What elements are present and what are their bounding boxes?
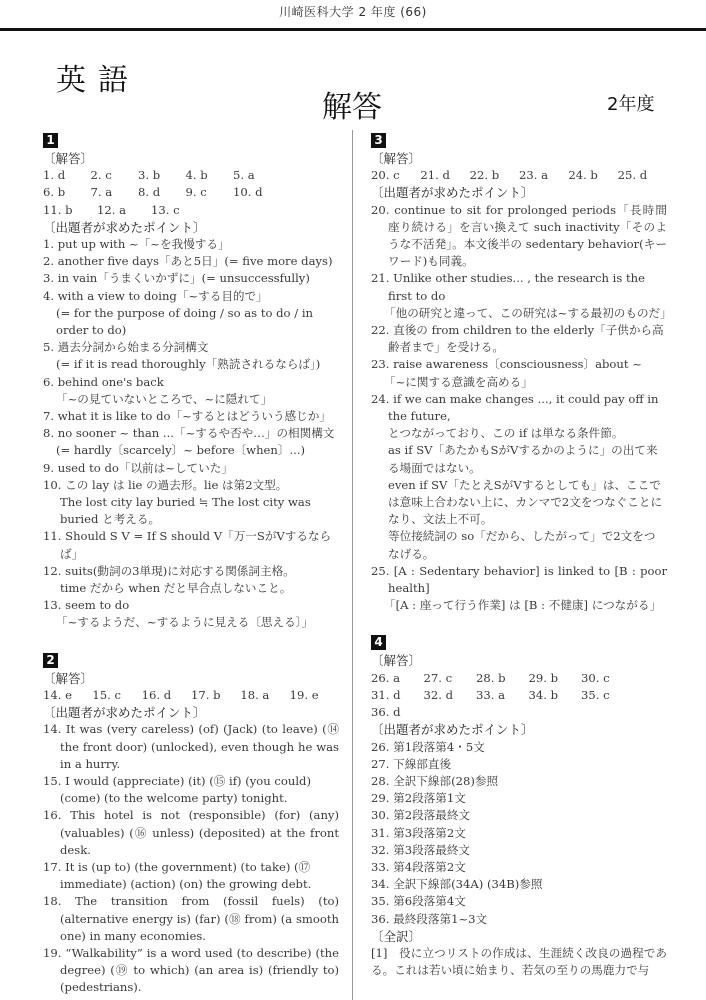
- point-item: 11. Should S V = If S should V「万一SがVするなら…: [43, 528, 339, 562]
- answer: 19. e: [290, 687, 339, 704]
- answer: 17. b: [191, 687, 240, 704]
- point-item: 32. 第3段落最終文: [371, 842, 667, 859]
- answer: 30. c: [581, 670, 634, 687]
- answer: 2. c: [91, 167, 139, 184]
- section-number-badge: 4: [371, 635, 386, 650]
- point-item: 19. “Walkability” is a word used (to des…: [43, 945, 339, 997]
- answers-heading: 〔解答〕: [43, 670, 339, 687]
- answer: 5. a: [233, 167, 281, 184]
- point-item: 17. It is (up to) (the government) (to t…: [43, 859, 339, 893]
- left-column: 1 〔解答〕 1. d 2. c 3. b 4. b 5. a 6. b 7. …: [43, 132, 339, 997]
- point-item: 34. 全訳下線部(34A) (34B)参照: [371, 876, 667, 893]
- point-item: 18. The transition from (fossil fuels) (…: [43, 893, 339, 945]
- answer: 23. a: [519, 167, 568, 184]
- answers-heading: 〔解答〕: [371, 150, 667, 167]
- points-heading: 〔出題者が求めたポイント〕: [371, 184, 667, 201]
- point-note: とつながっており、この if は単なる条件節。: [371, 425, 667, 442]
- translation-heading: 〔全訳〕: [371, 928, 667, 945]
- point-item: 7. what it is like to do「~するとはどういう感じか」: [43, 408, 339, 425]
- point-item: 21. Unlike other studies... , the resear…: [371, 270, 667, 304]
- point-note: 「~の見ていないところで、~に隠れて」: [43, 391, 339, 408]
- point-note: 「~に関する意識を高める」: [371, 374, 667, 391]
- point-item: 2. another five days「あと5日」(= five more d…: [43, 253, 339, 270]
- point-note: 「他の研究と違って、この研究は~する最初のものだ」: [371, 305, 667, 322]
- answer: 16. d: [142, 687, 191, 704]
- answer-row: 20. c 21. d 22. b 23. a 24. b 25. d: [371, 167, 667, 184]
- answer-row: 26. a 27. c 28. b 29. b 30. c: [371, 670, 667, 687]
- point-item: 13. seem to do: [43, 597, 339, 614]
- point-note: (= hardly〔scarcely〕~ before〔when〕...): [43, 442, 339, 459]
- answer: 12. a: [97, 202, 151, 219]
- answer: 35. c: [581, 687, 634, 704]
- point-item: 23. raise awareness〔consciousness〕about …: [371, 356, 667, 373]
- point-item: 30. 第2段落最終文: [371, 807, 667, 824]
- answer: 4. b: [186, 167, 234, 184]
- page-title: 解答: [322, 82, 382, 126]
- point-item: 22. 直後の from children to the elderly「子供か…: [371, 322, 667, 356]
- answer: 32. d: [424, 687, 477, 704]
- point-item: 35. 第6段落第4文: [371, 893, 667, 910]
- column-divider: [352, 130, 353, 1000]
- points-heading: 〔出題者が求めたポイント〕: [43, 704, 339, 721]
- point-note: time だから when だと早合点しないこと。: [43, 580, 339, 597]
- answer: 26. a: [371, 670, 424, 687]
- point-note: 「~するようだ、~するように見える〔思える〕」: [43, 614, 339, 631]
- point-note: 「[A : 座って行う作業] は [B : 不健康] につながる」: [371, 597, 667, 614]
- answer: 1. d: [43, 167, 91, 184]
- point-item: 12. suits(動詞の3単現)に対応する関係詞主格。: [43, 563, 339, 580]
- point-note: (= for the purpose of doing / so as to d…: [43, 305, 339, 339]
- point-item: 5. 過去分詞から始まる分詞構文: [43, 339, 339, 356]
- point-item: 33. 第4段落第2文: [371, 859, 667, 876]
- answer: 14. e: [43, 687, 92, 704]
- point-item: 4. with a view to doing「~する目的で」: [43, 288, 339, 305]
- point-item: 29. 第2段落第1文: [371, 790, 667, 807]
- point-item: 27. 下線部直後: [371, 756, 667, 773]
- point-item: 8. no sooner ~ than ...「~するや否や…」の相関構文: [43, 425, 339, 442]
- point-note: even if SV「たとえSがVするとしても」は、ここでは意味上合わない上に、…: [371, 477, 667, 529]
- answer: 29. b: [529, 670, 582, 687]
- point-item: 25. [A : Sedentary behavior] is linked t…: [371, 563, 667, 597]
- point-item: 14. It was (very careless) (of) (Jack) (…: [43, 721, 339, 773]
- answer: 8. d: [138, 184, 186, 201]
- point-item: 10. この lay は lie の過去形。lie は第2文型。: [43, 477, 339, 494]
- point-note: as if SV「あたかもSがVするかのように」の出て来る場面ではない。: [371, 442, 667, 476]
- answer: 9. c: [186, 184, 234, 201]
- answers-heading: 〔解答〕: [371, 652, 667, 669]
- answer: 7. a: [91, 184, 139, 201]
- point-item: 3. in vain「うまくいかずに」(= unsuccessfully): [43, 270, 339, 287]
- point-item: 26. 第1段落第4・5文: [371, 739, 667, 756]
- running-header: 川崎医科大学 2 年度 (66): [0, 3, 706, 20]
- answer: 22. b: [470, 167, 519, 184]
- point-note: The lost city lay buried ≒ The lost city…: [43, 494, 339, 528]
- answer: 6. b: [43, 184, 91, 201]
- answer-row: 11. b 12. a 13. c: [43, 202, 339, 219]
- point-item: 24. if we can make changes ..., it could…: [371, 391, 667, 425]
- year-label: 2年度: [607, 90, 654, 116]
- answer-row: 14. e 15. c 16. d 17. b 18. a 19. e: [43, 687, 339, 704]
- point-item: 9. used to do「以前は~していた」: [43, 460, 339, 477]
- point-item: 15. I would (appreciate) (it) (⑮ if) (yo…: [43, 773, 339, 807]
- answer-row: 6. b 7. a 8. d 9. c 10. d: [43, 184, 339, 201]
- header-rule: [0, 28, 706, 31]
- points-heading: 〔出題者が求めたポイント〕: [371, 721, 667, 738]
- section-number-badge: 3: [371, 133, 386, 148]
- answer: 24. b: [568, 167, 617, 184]
- point-item: 6. behind one's back: [43, 374, 339, 391]
- answer: 36. d: [371, 704, 424, 721]
- answer: 31. d: [371, 687, 424, 704]
- answer: 28. b: [476, 670, 529, 687]
- section-number-badge: 1: [43, 133, 58, 148]
- translation-text: [1] 役に立つリストの作成は、生涯続く改良の過程である。これは若い頃に始まり、…: [371, 945, 667, 979]
- section-4: 4 〔解答〕 26. a 27. c 28. b 29. b 30. c 31.…: [371, 634, 667, 979]
- point-note: 等位接続詞の so「だから、したがって」で2文をつなげる。: [371, 528, 667, 562]
- point-item: 20. continue to sit for prolonged period…: [371, 202, 667, 271]
- answer: 18. a: [240, 687, 289, 704]
- points-heading: 〔出題者が求めたポイント〕: [43, 219, 339, 236]
- subject-title: 英語: [56, 55, 140, 99]
- answer: 34. b: [529, 687, 582, 704]
- answer: 21. d: [420, 167, 469, 184]
- answer: 27. c: [424, 670, 477, 687]
- section-2: 2 〔解答〕 14. e 15. c 16. d 17. b 18. a 19.…: [43, 652, 339, 997]
- point-item: 36. 最終段落第1~3文: [371, 911, 667, 928]
- point-item: 31. 第3段落第2文: [371, 825, 667, 842]
- right-column: 3 〔解答〕 20. c 21. d 22. b 23. a 24. b 25.…: [371, 132, 667, 979]
- answer: 10. d: [233, 184, 281, 201]
- answer-row: 36. d: [371, 704, 667, 721]
- answer: 20. c: [371, 167, 420, 184]
- point-note: (= if it is read thoroughly「熟読されるならば」): [43, 356, 339, 373]
- section-1: 1 〔解答〕 1. d 2. c 3. b 4. b 5. a 6. b 7. …: [43, 132, 339, 632]
- section-number-badge: 2: [43, 653, 58, 668]
- section-3: 3 〔解答〕 20. c 21. d 22. b 23. a 24. b 25.…: [371, 132, 667, 614]
- answer-row: 1. d 2. c 3. b 4. b 5. a: [43, 167, 339, 184]
- answers-heading: 〔解答〕: [43, 150, 339, 167]
- answer-row: 31. d 32. d 33. a 34. b 35. c: [371, 687, 667, 704]
- answer: 33. a: [476, 687, 529, 704]
- point-item: 1. put up with ~「~を我慢する」: [43, 236, 339, 253]
- answer: 11. b: [43, 202, 97, 219]
- answer: 13. c: [151, 202, 205, 219]
- point-item: 28. 全訳下線部(28)参照: [371, 773, 667, 790]
- answer: 3. b: [138, 167, 186, 184]
- point-item: 16. This hotel is not (responsible) (for…: [43, 807, 339, 859]
- answer: 15. c: [92, 687, 141, 704]
- answer: 25. d: [618, 167, 667, 184]
